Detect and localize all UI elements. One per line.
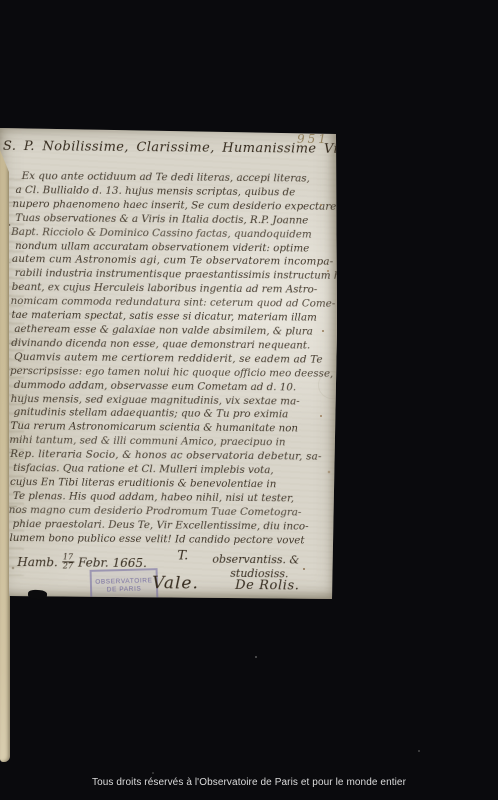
dateline: Hamb. 17 27 Febr. 1665. <box>17 553 147 571</box>
manuscript-page: 951 OBSERVATOIRE DE PARIS S. P. Nobiliss… <box>0 0 498 800</box>
date-rest: Febr. 1665. <box>78 555 147 570</box>
date-day-gregorian: 27 <box>63 562 73 570</box>
letter-body: Ex quo ante octiduum ad Te dedi literas,… <box>9 170 336 548</box>
signature: De Rolis. <box>235 578 300 594</box>
manuscript-line: lumem bono publico esse velit! Id candid… <box>9 531 333 548</box>
farewell: Vale. <box>152 573 199 593</box>
rights-caption: Tous droits réservés à l'Observatoire de… <box>0 777 498 788</box>
foxing-spots <box>322 330 324 332</box>
date-day-fraction: 17 27 <box>62 553 74 570</box>
date-place: Hamb. <box>17 554 58 568</box>
adjacent-page-edge <box>0 138 10 762</box>
closing-initial: T. <box>177 548 188 563</box>
closing-line1: observantiss. & <box>212 553 299 567</box>
dust-specks <box>255 656 257 658</box>
salutation: S. P. Nobilissime, Clarissime, Humanissi… <box>3 139 343 157</box>
handwriting-layer: S. P. Nobilissime, Clarissime, Humanissi… <box>0 0 498 800</box>
pencil-stroke <box>277 127 324 131</box>
scanned-letter-view: 951 OBSERVATOIRE DE PARIS S. P. Nobiliss… <box>0 0 498 800</box>
paper-edge-tear <box>28 590 47 600</box>
